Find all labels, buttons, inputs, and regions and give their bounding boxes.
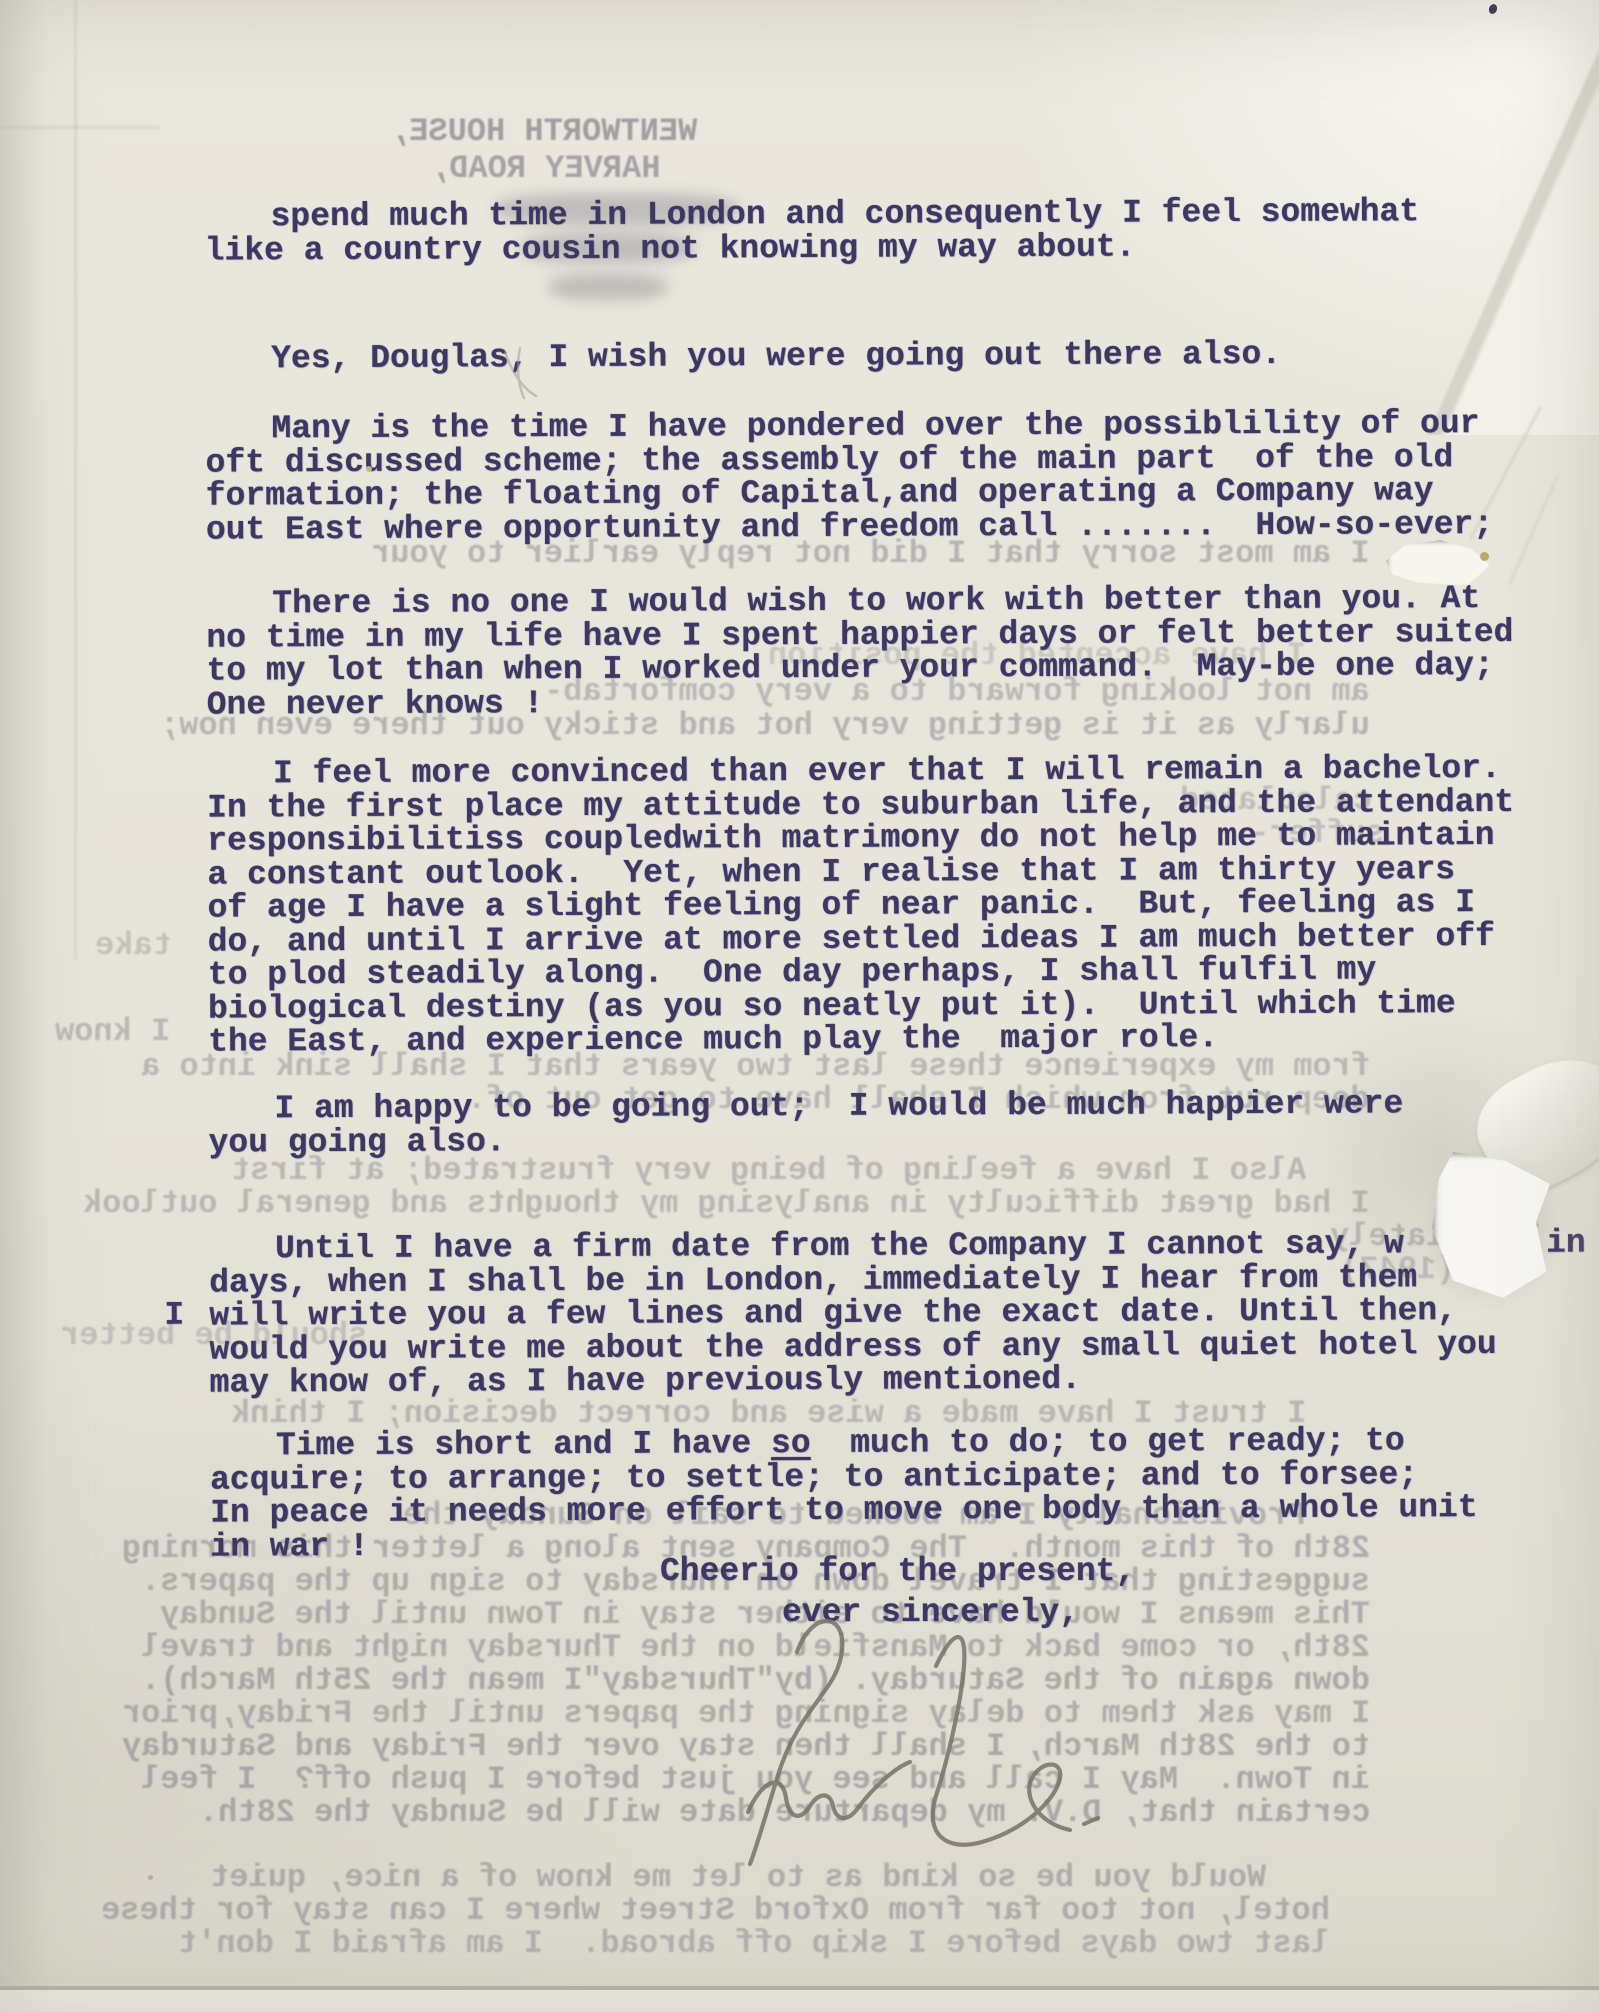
signature-scrawl-strokes bbox=[0, 0, 1599, 2012]
letter-scan-page: WENTWORTH HOUSE,HARVEY ROAD,I am most so… bbox=[0, 0, 1599, 2012]
pencil-mark bbox=[505, 348, 536, 398]
